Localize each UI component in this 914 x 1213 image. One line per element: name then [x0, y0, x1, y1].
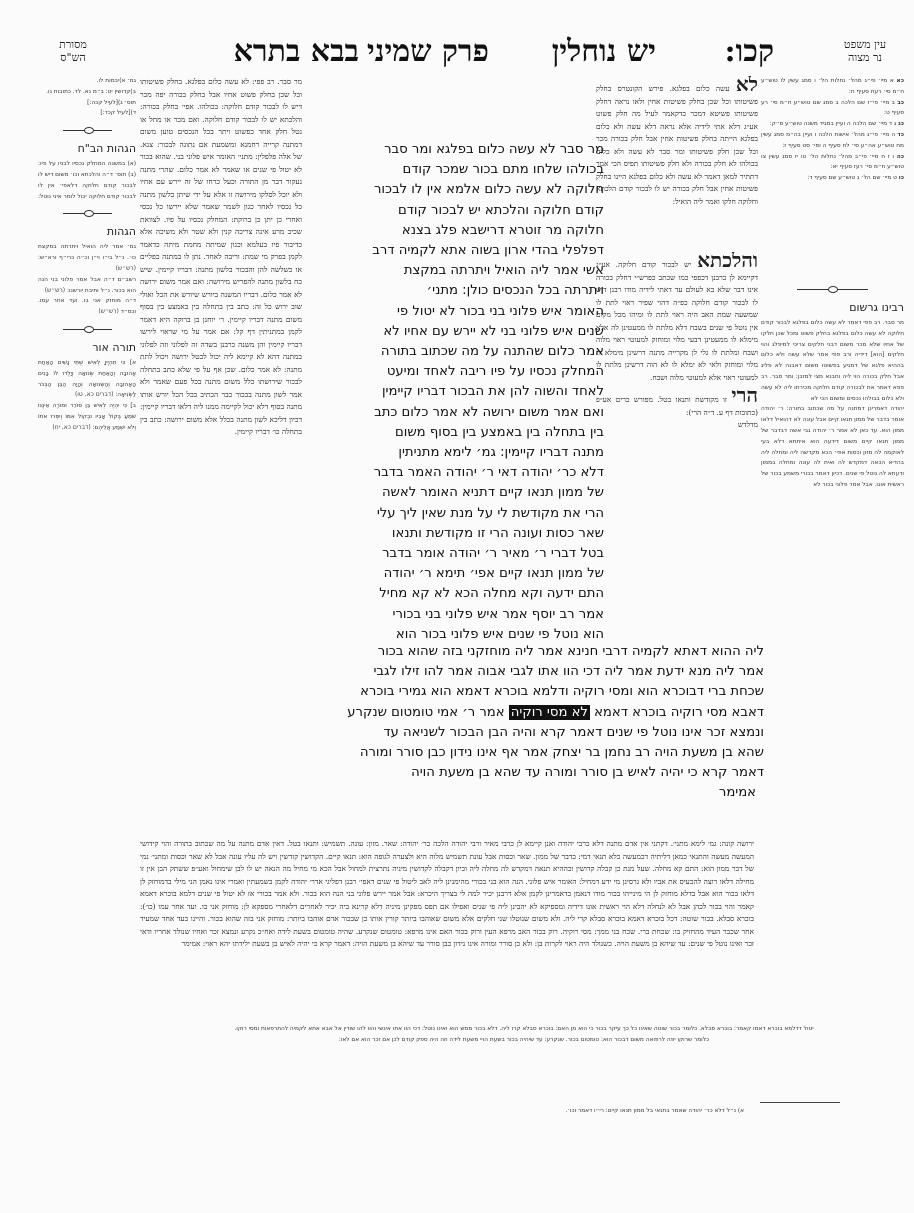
tractate-title: בבא בתרא [234, 36, 359, 68]
highlighted-phrase[interactable]: לא מסי רוקיה [509, 705, 590, 720]
gemara-line: בכולהו שלחו מתם בכור שמכר קודם [306, 160, 604, 180]
ein-mishpat-entry: כג ג ד מיי׳ שם הלכה ה ועיין במגיד משנה ט… [761, 119, 904, 130]
gemara-line: אמר רב יוסף אמר איש פלוני בני בכורי [306, 605, 604, 625]
gemara-line: אמר ליה מנא ידעת אמר ליה דכי הוו אתו לגב… [306, 662, 764, 682]
ornament-divider [38, 324, 136, 334]
gemara-line: דלא כר׳ יהודה דאי ר׳ יהודה האמר בדבר [306, 463, 604, 483]
gemara-line: שכחת ברי דבוכרא הוא ומסי רוקיה ודלמא בוכ… [306, 682, 764, 702]
gemara-line: בין בתחלה בין באמצע בין בסוף משום [306, 423, 604, 443]
rashbam-bottom: ירושה קונה: גמ׳ לימא מתני׳. דקתני אין אד… [140, 838, 754, 1024]
hagahot-entry: ד״ה מוחזק אני בו. ועד אחר עמו. וכס״ד (רש… [38, 296, 136, 318]
ein-mishpat-label: עין משפט נר מצוה [830, 38, 900, 64]
gemara-line: דאמר קרא כי יהיה לאיש בן סורר ומורה עד ש… [306, 763, 764, 783]
masoret-line: תוס׳ ג)[לעיל קכה:] [38, 98, 136, 109]
footnote: א) נ״ל דלא כר׳ יהודה שאמר בתנאי בל ממון … [566, 1108, 744, 1114]
rashi-lead-word: לא [736, 76, 758, 96]
masoret-line: ב)קדושין יט: ב״מ נא. לד. כתובות נו. [38, 87, 136, 98]
gemara-line: האומר איש פלוני בני בכור לא יטול פי [306, 302, 604, 322]
gemara-line: דאבא מסי רוקיה בוכרא דאמא לא מסי רוקיה א… [306, 703, 764, 723]
gemara-center-column: מר סבר לא עשה כלום בפלגא ומר סבר בכולהו … [306, 140, 604, 642]
gemara-line: חלוקה מר זוטרא דרישבא פלג בצנא [306, 221, 604, 241]
rashbam-text: ירושה קונה: גמ׳ לימא מתני׳. דקתני אין אד… [140, 839, 754, 948]
gemara-line: שהא בן משעת הויה רב נחמן בר יצחק אמר אף … [306, 743, 764, 763]
torah-or-entry: א] כִּי תִהְיֶיןָ לְאִישׁ שְׁתֵּי נָשִׁי… [38, 358, 136, 401]
trailing-line: יטול דדלמא בוכרא דאמו קאמר: בוכרא סבלא. … [140, 1024, 908, 1035]
gemara-line: ואם אמר משום ירושה לא אמר כלום כתב [306, 403, 604, 423]
masoret-hashas-column: גמ׳ א)יבמות לו. ב)קדושין יט: ב״מ נא. לד.… [38, 76, 136, 496]
gemara-line: הרי את מקודשת לי על מנת שאין ליך עלי [306, 504, 604, 524]
halachta-text: יש לבכור קודם חלוקה. אע״ג דקיימא לן כרבנ… [596, 260, 758, 382]
gemara-line: שאר כסות ועונה הרי זו מקודשת ותנאו [306, 524, 604, 544]
masoret-line: ד)[לעיל קכד:] [38, 108, 136, 119]
gemara-line: חלוקה לא עשה כלום אלמא אין לו לבכור [306, 180, 604, 200]
gemara-catchword: אמימר [306, 783, 764, 803]
ein-mishpat-entry: כא א מיי׳ פי״ג מהל׳ נחלות הל׳ ו סמג עשין… [761, 76, 904, 98]
gemara-line: לאחד והשוה להן את הבכור דבריו קיימין [306, 382, 604, 402]
gemara-wide-block: ליה ההוא דאתא לקמיה דרבי חנינא אמר ליה מ… [306, 642, 764, 832]
torah-or-entry: ב] כִּי יִהְיֶה לְאִישׁ בֵּן סוֹרֵר וּמו… [38, 401, 136, 433]
bottom-trailing-lines: יטול דדלמא בוכרא דאמו קאמר: בוכרא סבלא. … [140, 1024, 908, 1064]
gemara-line: קודם חלוקה והלכתא יש לבכור קודם [306, 201, 604, 221]
tosafot-text: מר סבר. רב פפי: לא עשה כלום בפלגא. בחלק … [140, 77, 302, 436]
rabbeinu-gershom-title: רבינו גרשום [761, 300, 904, 316]
talmud-page: עין משפט נר מצוה קכו: יש נוחלין פרק שמינ… [0, 0, 914, 1213]
chapter-title: יש נוחלין [552, 36, 656, 68]
masoret-line: גמ׳ א)יבמות לו. [38, 76, 136, 87]
hagahot-entry: גמ׳ אמר ליה הואיל ויתרתה במקצת כו׳. נ״ל … [38, 242, 136, 274]
gemara-line: התם ידעה וקא מחלה הכא לא קא מחיל [306, 584, 604, 604]
masoret-hashas-label: מסורת הש"ס [38, 38, 108, 64]
harei-comment: הרי זו מקודשת ותנאו בטל. מפורש כרים אע״פ… [596, 387, 758, 419]
tosafot-column: מר סבר. רב פפי: לא עשה כלום בפלגא. בחלק … [140, 76, 302, 641]
ein-mishpat-column: כא א מיי׳ פי״ג מהל׳ נחלות הל׳ ו סמג עשין… [761, 76, 904, 272]
page-header: עין משפט נר מצוה קכו: יש נוחלין פרק שמינ… [0, 36, 914, 70]
rabbeinu-gershom-column: רבינו גרשום מר סבר. רב פפי דאמר לא עשה כ… [761, 278, 904, 1048]
perek-title: פרק שמיני [367, 36, 489, 68]
ornament-divider [38, 125, 136, 135]
footnote-divider [760, 1102, 840, 1103]
gemara-line: שנים איש פלוני בני לא יירש עם אחיו לא [306, 322, 604, 342]
ornament-divider [761, 284, 904, 294]
gemara-line: אמר כלום שהתנה על מה שכתוב בתורה [306, 342, 604, 362]
gemara-line: דפלפלי בהדי ארון בשוה אתא לקמיה דרב [306, 241, 604, 261]
rashi-text: עשה כלום בפלגא. פירש הקונטרס בחלק פשיטות… [596, 84, 758, 206]
hagahot-entry: רשב״ם ד״ה אבל אמר פלוני בני הנה הוא בכור… [38, 275, 136, 297]
gemara-line: ליה ההוא דאתא לקמיה דרבי חנינא אמר ליה מ… [306, 642, 764, 662]
ein-mishpat-entry: כו ט מיי׳ שם הל׳ ג טוש״ע שם סעיף ד: [761, 173, 904, 184]
halachta-lead: והלכתא [697, 252, 758, 272]
ornament-divider [38, 208, 136, 218]
ein-mishpat-entry: כה ו ז ח מיי׳ פי״ב מהל׳ נחלות הל׳ טו יז … [761, 152, 904, 174]
hagahot-title: הגהות [38, 224, 136, 240]
torah-or-title: תורה אור [38, 340, 136, 356]
page-number: קכו: [725, 36, 774, 68]
gemara-line: הוא נוטל פי שנים איש פלוני בכור הוא [306, 625, 604, 642]
gemara-line: בטל דברי ר׳ מאיר ר׳ יהודה אומר בדבר [306, 544, 604, 564]
gemara-line: ונמצא זכר אינו נוטל פי שנים דאמר קרא והי… [306, 723, 764, 743]
trailing-line: כלומר שרוקו יפה לרפואה משום דבכור הוא: ט… [140, 1035, 908, 1046]
gemara-line: המחלק נכסיו על פיו ריבה לאחד ומיעט [306, 362, 604, 382]
gemara-line: ויתרתה בכל הנכסים כולן: מתני׳ [306, 281, 604, 301]
rashi-column: והלכתא יש לבכור קודם חלוקה. אע״ג דקיימא … [596, 252, 758, 642]
gemara-line: אשי אמר ליה הואיל ויתרתה במקצת [306, 261, 604, 281]
tosafot-continuation: יהודה דאמרינן דמתנה על מה שכתוב בתורה: ר… [761, 404, 904, 490]
gemara-line: מתנה דבריו קיימין: גמ׳ לימא מתניתין [306, 443, 604, 463]
gemara-line: של ממון תנאו קיים דתניא האומר לאשה [306, 483, 604, 503]
hagahot-habach-title: הגהות הב"ח [38, 141, 136, 157]
gemara-line: של ממון תנאו קיים אפי׳ תימא ר׳ יהודה [306, 564, 604, 584]
hagahot-habach-text: (א) במשנה המחלק נכסיו לבניו על פיו: (ב) … [38, 159, 136, 202]
rashi-top: לא עשה כלום בפלגא. פירש הקונטרס בחלק פשי… [596, 76, 758, 252]
gemara-line: מר סבר לא עשה כלום בפלגא ומר סבר [306, 140, 604, 160]
rabbeinu-gershom-text: מר סבר. רב פפי דאמר לא עשה כלום בפלגא לב… [761, 318, 904, 404]
rashi-signature: מדלדש [596, 419, 758, 432]
ein-mishpat-entry: כב ב מיי׳ פי״ז שם הלכה ב סמג שם טוש״ע ח״… [761, 98, 904, 120]
ein-mishpat-entry: כד ה מיי׳ פי״ג מהל׳ אישות הלכה ו ועיין ב… [761, 130, 904, 152]
